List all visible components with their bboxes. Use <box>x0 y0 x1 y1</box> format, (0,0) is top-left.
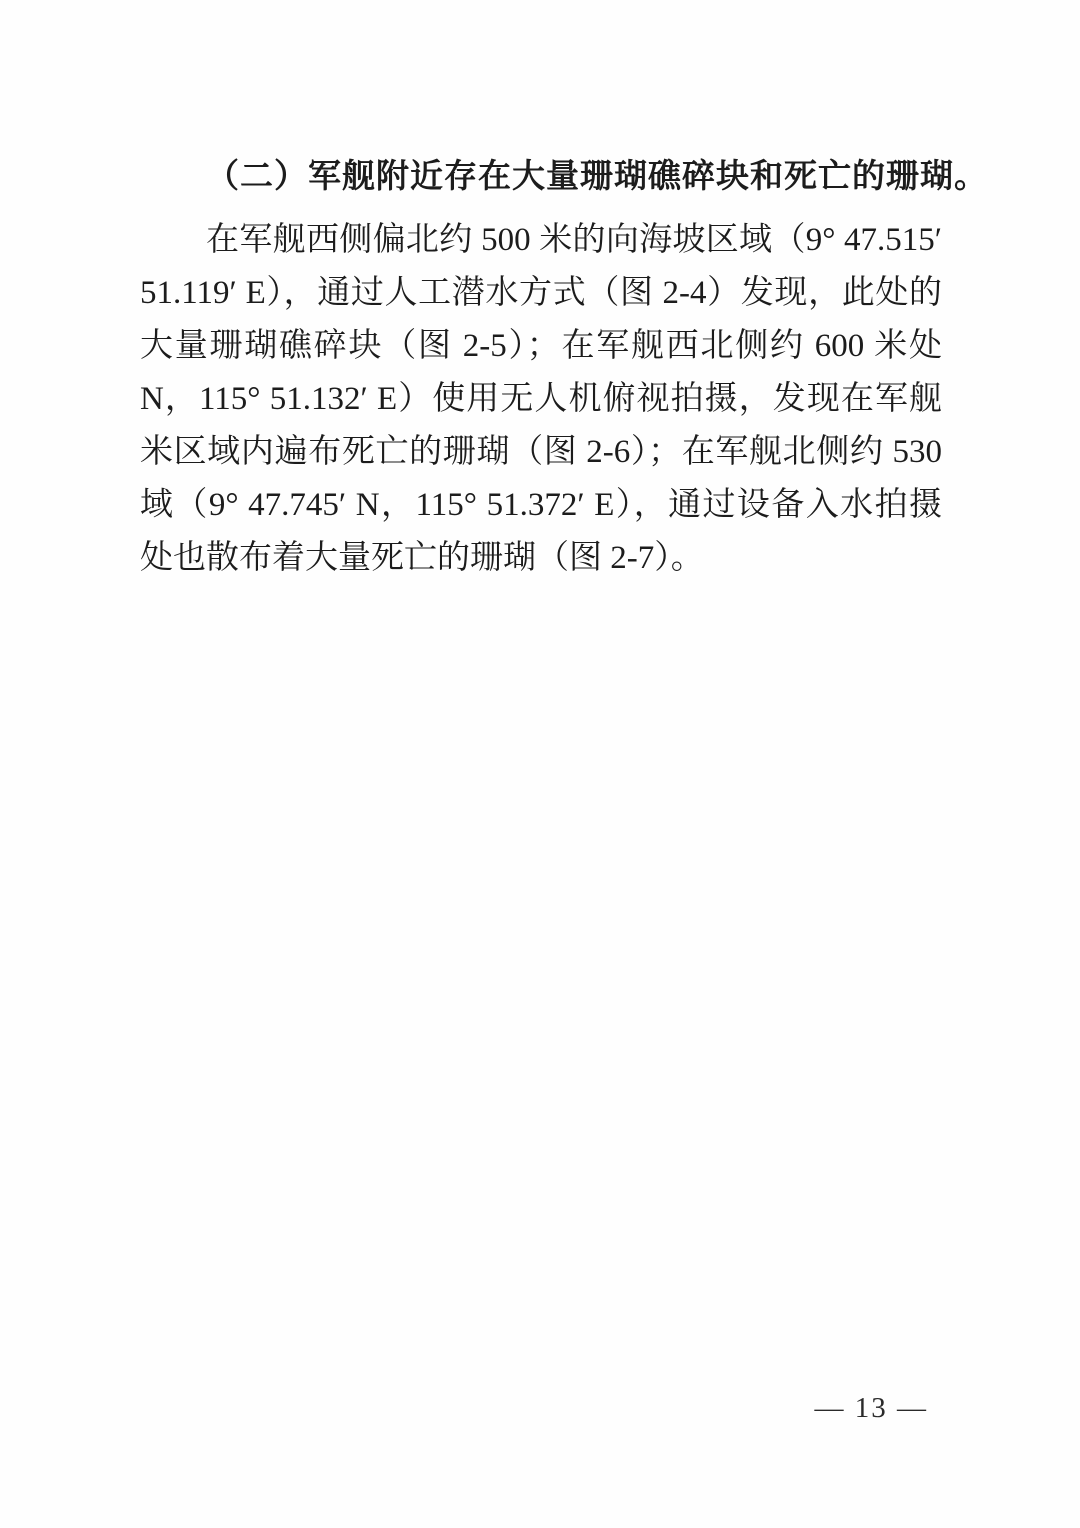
paragraph-line: 在军舰西侧偏北约 500 米的向海坡区域（9° 47.515′ N，115° <box>140 214 942 267</box>
section-heading: （二）军舰附近存在大量珊瑚礁碎块和死亡的珊瑚。 <box>140 148 942 206</box>
paragraph-line: 米区域内遍布死亡的珊瑚（图 2-6）；在军舰北侧约 530 米的礁坪区 <box>140 426 942 479</box>
page-number: — 13 — <box>815 1392 929 1425</box>
body-paragraph: 在军舰西侧偏北约 500 米的向海坡区域（9° 47.515′ N，115° 5… <box>140 214 942 585</box>
paragraph-line: 域（9° 47.745′ N，115° 51.372′ E），通过设备入水拍摄发… <box>140 479 942 532</box>
paragraph-line: 51.119′ E），通过人工潜水方式（图 2-4）发现，此处的槽沟中存在 <box>140 267 942 320</box>
paragraph-line: N，115° 51.132′ E）使用无人机俯视拍摄，发现在军舰西北方向 300 <box>140 373 942 426</box>
page-content: （二）军舰附近存在大量珊瑚礁碎块和死亡的珊瑚。 在军舰西侧偏北约 500 米的向… <box>140 148 942 585</box>
paragraph-line: 大量珊瑚礁碎块（图 2-5）；在军舰西北侧约 600 米处（9° 47.675′ <box>140 320 942 373</box>
paragraph-line: 处也散布着大量死亡的珊瑚（图 2-7）。 <box>140 532 942 585</box>
document-page: （二）军舰附近存在大量珊瑚礁碎块和死亡的珊瑚。 在军舰西侧偏北约 500 米的向… <box>0 0 1080 1528</box>
